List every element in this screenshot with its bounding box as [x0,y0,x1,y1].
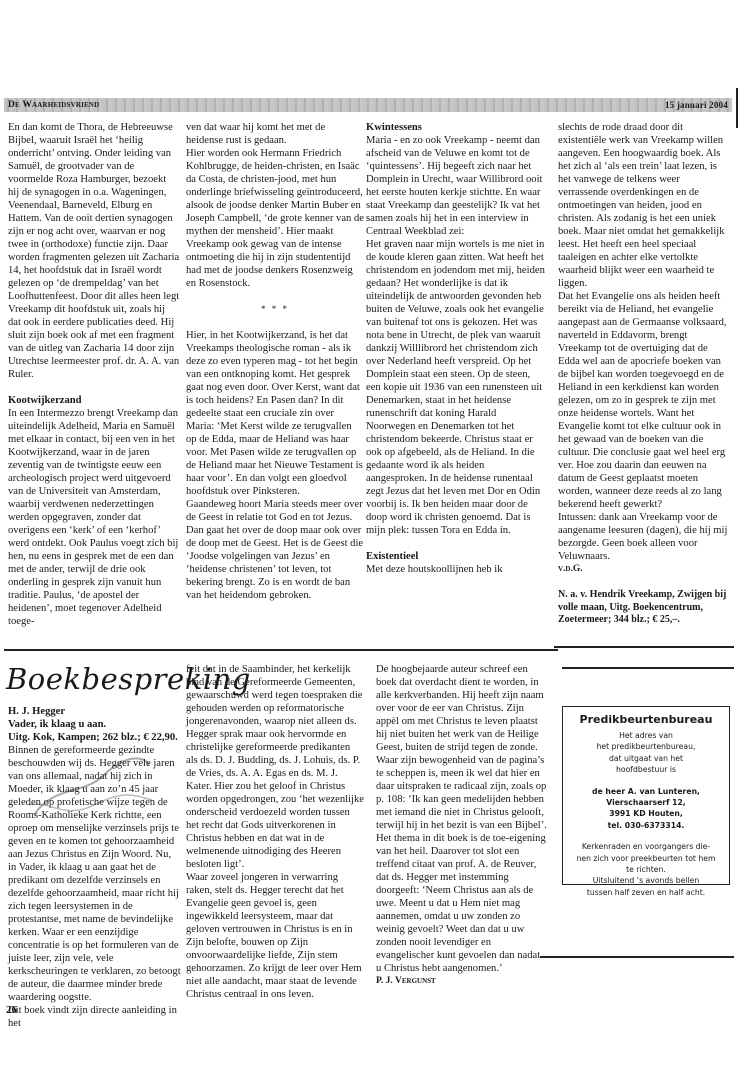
box-title: Predikbeurtenbureau [563,713,729,727]
paragraph: Dat het Evangelie ons als heiden heeft b… [558,290,730,511]
box-intro-line: het predikbeurtenbureau, [563,741,729,752]
book-credit: N. a. v. Hendrik Vreekamp, Zwijgen bij v… [558,589,730,627]
subheading: Existentieel [366,550,546,563]
paragraph: Binnen de gereformeerde gezindte beschou… [8,744,182,1004]
paragraph: ven dat waar hij komt het met de heidens… [186,121,364,147]
paragraph: Hier, in het Kootwijkerzand, is het dat … [186,329,364,498]
box-address-line: tel. 030-6373314. [563,820,729,831]
box-intro-line: Het adres van [563,730,729,741]
paragraph: feit dat in de Saambinder, het kerkelijk… [186,663,364,871]
paragraph: Dit boek vindt zijn directe aanleiding i… [8,1004,182,1030]
box-address-line: 3991 KD Houten, [563,808,729,819]
review-book-title: Vader, ik klaag u aan. [8,718,182,731]
publication-name: De Waarheidsvriend [8,98,99,112]
issue-date: 15 januari 2004 [665,98,728,112]
paragraph: Het graven naar mijn wortels is me niet … [366,238,546,537]
review-column-1: H. J. Hegger Vader, ik klaag u aan. Uitg… [8,705,182,1030]
section-break-stars: * * * [186,303,364,316]
box-address-line: de heer A. van Lunteren, [563,786,729,797]
article-column-2: ven dat waar hij komt het met de heidens… [186,121,364,602]
box-top-rule [562,667,734,669]
box-bottom-rule [540,956,734,958]
article-column-3: KwintessensMaria - en zo ook Vreekamp - … [366,121,546,576]
box-note-line: tussen half zeven en half acht. [563,887,729,898]
article-column-1: En dan komt de Thora, de Hebreeuwse Bijb… [8,121,180,628]
review-publisher: Uitg. Kok, Kampen; 262 blz.; € 22,90. [8,731,182,744]
paragraph: Het thema in dit boek is de toe-eigening… [376,832,548,975]
paragraph: Waar zoveel jongeren in verwarring raken… [186,871,364,1001]
paragraph: En dan komt de Thora, de Hebreeuwse Bijb… [8,121,180,381]
paragraph: Gaandeweg hoort Maria steeds meer over d… [186,498,364,602]
box-intro-line: hoofdbestuur is [563,764,729,775]
paragraph-gap [366,537,546,550]
section-divider [4,649,558,651]
box-intro-line: dat uitgaat van het [563,753,729,764]
section-divider-right [554,646,734,648]
paragraph: Hier worden ook Hermann Friedrich Kohlbr… [186,147,364,290]
reviewer-signature: v.d.G. [558,563,730,576]
paragraph: Intussen: dank aan Vreekamp voor de aang… [558,511,730,563]
box-address-line: Vierschaarserf 12, [563,797,729,808]
article-column-4: slechts de rode draad door dit existenti… [558,121,730,627]
box-note-line: nen zich voor preekbeurten tot hem [563,853,729,864]
review-column-2: feit dat in de Saambinder, het kerkelijk… [186,663,364,1001]
paragraph: In een Intermezzo brengt Vreekamp dan ui… [8,407,180,628]
paragraph: Met deze houtskoollijnen heb ik [366,563,546,576]
reviewer-signature: P. J. Vergunst [376,975,548,988]
predikbeurtenbureau-box: Predikbeurtenbureau Het adres vanhet pre… [562,706,730,885]
review-column-3: De hoogbejaarde auteur schreef een boek … [376,663,548,988]
box-note-line: Kerkenraden en voorgangers die- [563,841,729,852]
paragraph: Maria - en zo ook Vreekamp - neemt dan a… [366,134,546,238]
running-header: De Waarheidsvriend 15 januari 2004 [4,98,732,112]
box-note-line: te richten. [563,864,729,875]
box-note-line: Uitsluitend ‘s avonds bellen [563,875,729,886]
subheading: Kwintessens [366,121,546,134]
subheading: Kootwijkerzand [8,394,180,407]
page-number: 26 [6,1004,17,1016]
paragraph-gap [8,381,180,394]
review-author: H. J. Hegger [8,705,182,718]
paragraph: De hoogbejaarde auteur schreef een boek … [376,663,548,832]
paragraph: slechts de rode draad door dit existenti… [558,121,730,290]
